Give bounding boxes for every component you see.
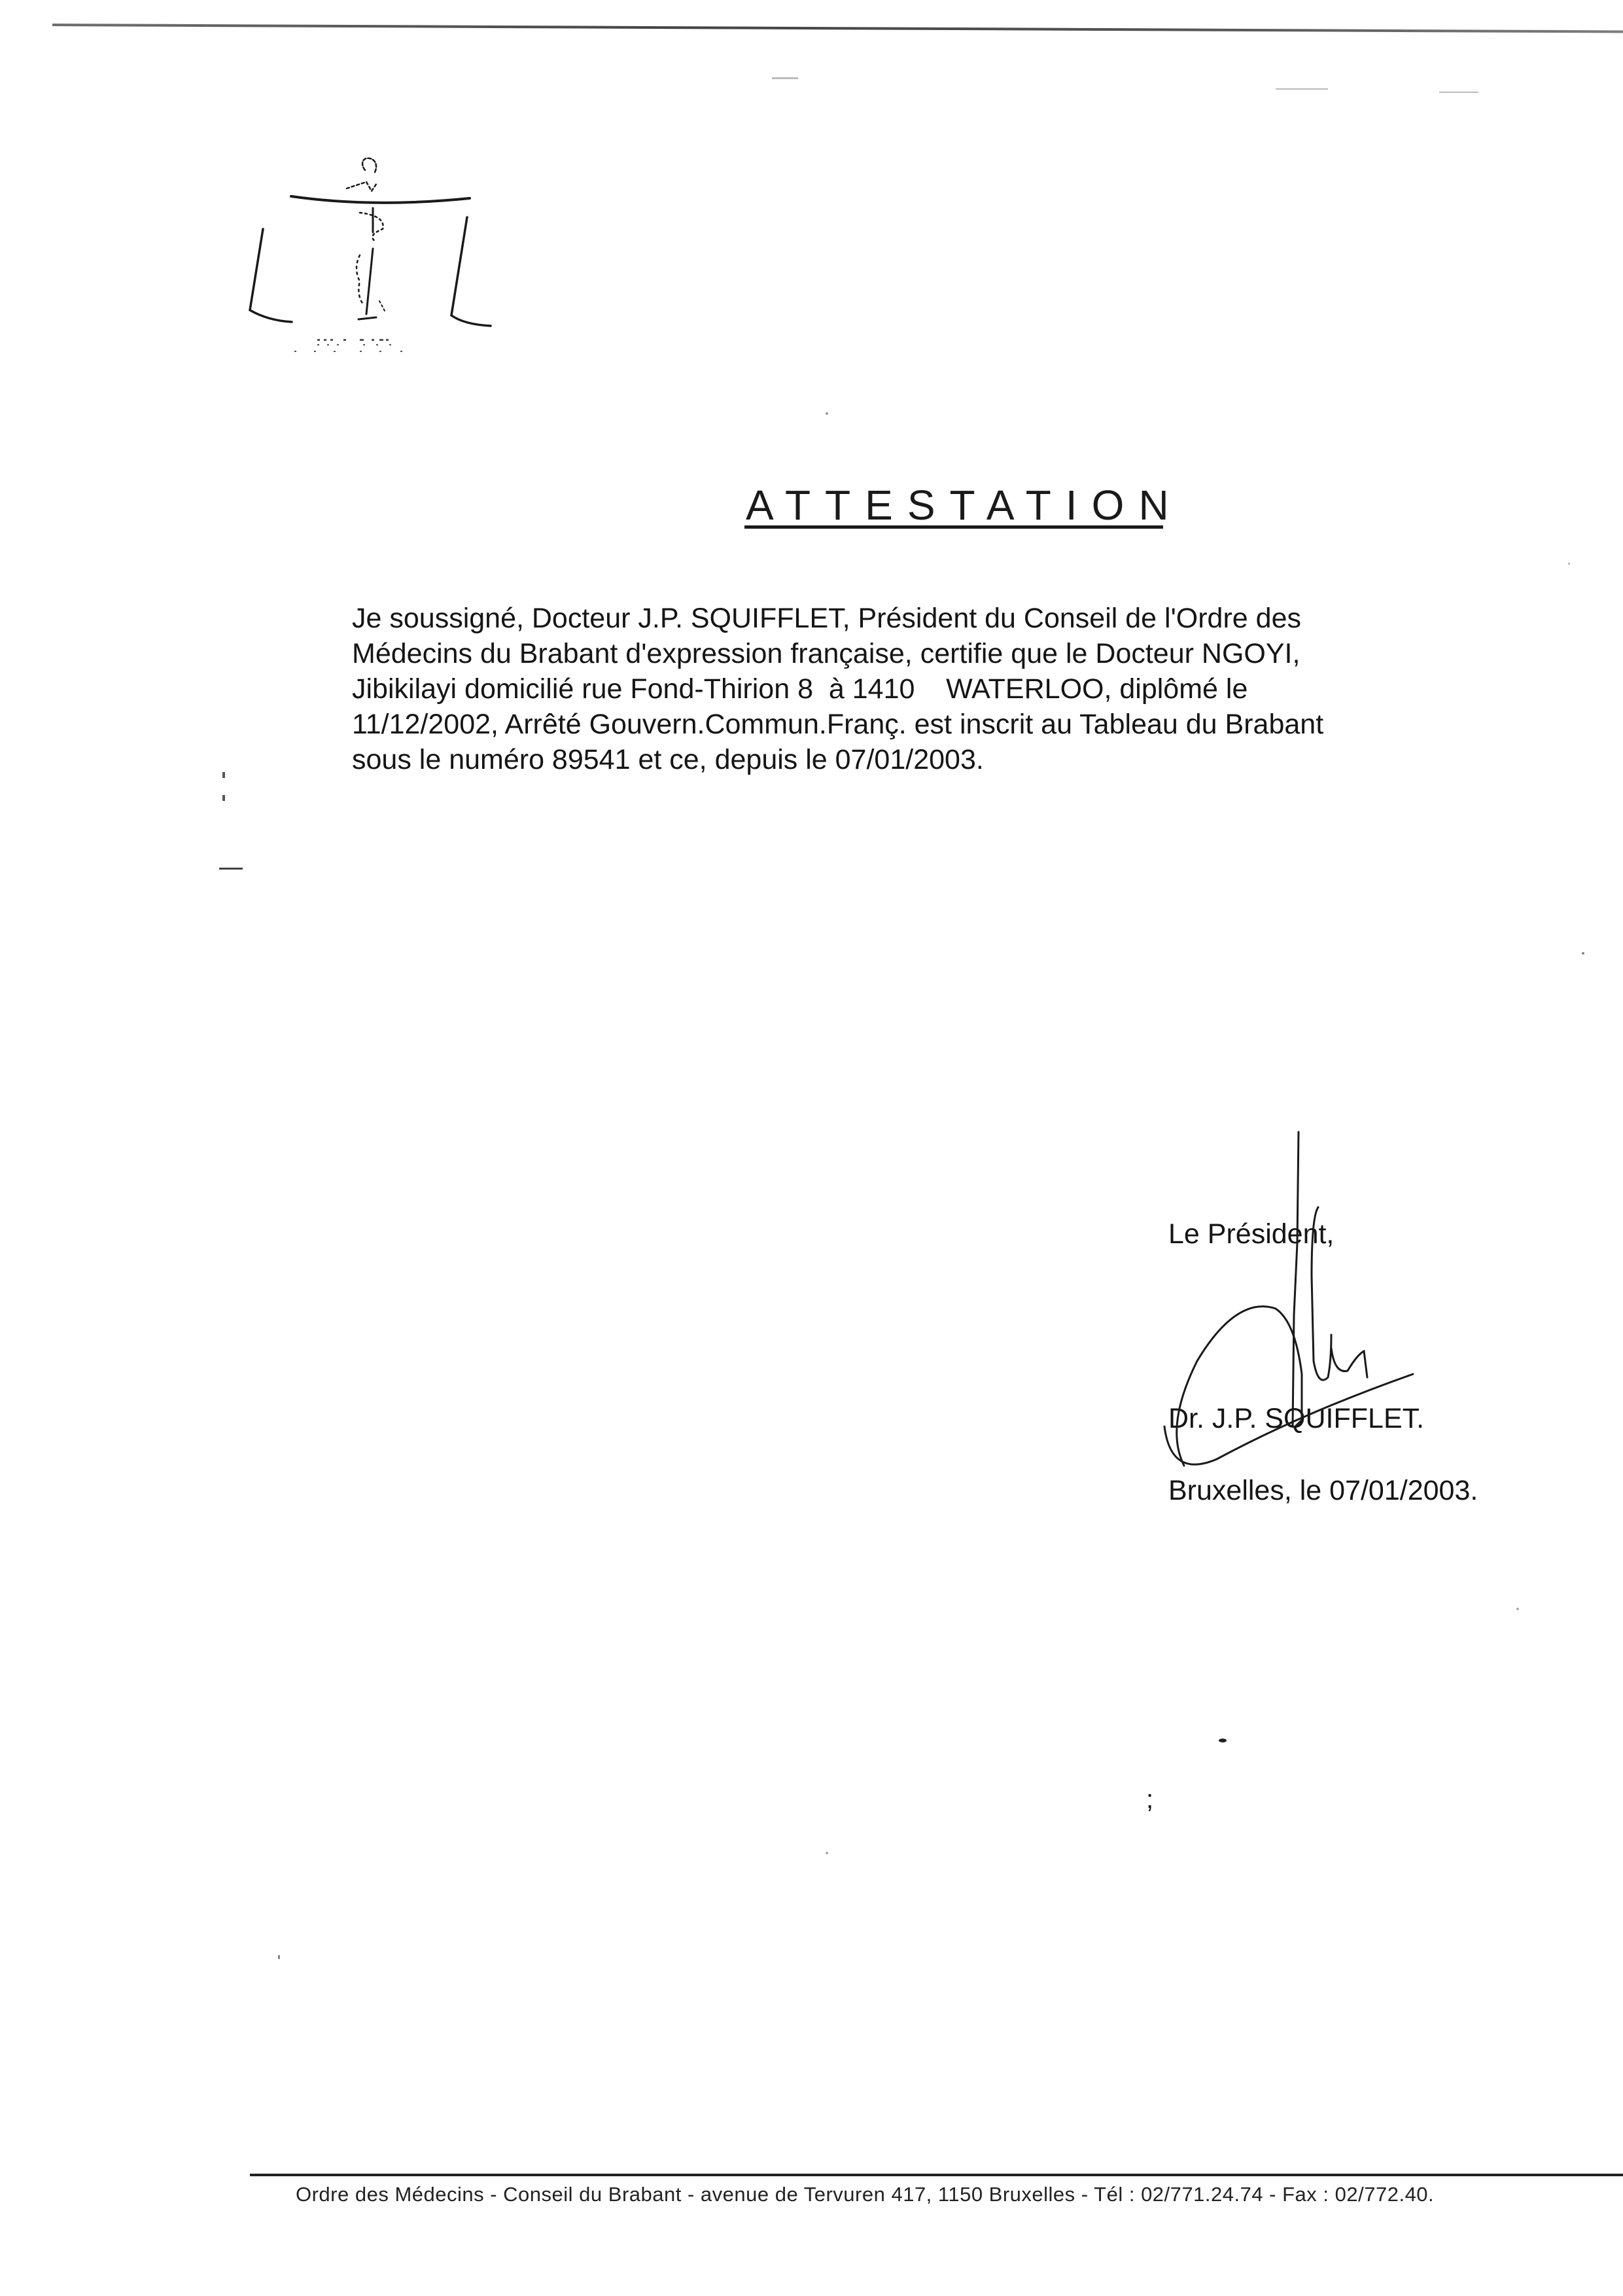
margin-mark bbox=[278, 1955, 280, 1959]
title-underline bbox=[744, 525, 1163, 529]
signature-scrawl-icon bbox=[1138, 1112, 1452, 1479]
stray-mark: ; bbox=[1146, 1785, 1153, 1814]
scan-speck bbox=[772, 77, 798, 79]
order-logo bbox=[229, 131, 523, 353]
place-and-date: Bruxelles, le 07/01/2003. bbox=[1168, 1475, 1478, 1507]
scan-speck bbox=[826, 1852, 828, 1854]
document-title: ATTESTATION bbox=[746, 481, 1183, 529]
footer-address: Ordre des Médecins - Conseil du Brabant … bbox=[296, 2183, 1434, 2206]
scan-speck bbox=[1568, 563, 1570, 565]
margin-mark bbox=[222, 772, 225, 778]
scan-speck bbox=[826, 412, 828, 415]
body-line: sous le numéro 89541 et ce, depuis le 07… bbox=[352, 742, 1503, 777]
scan-speck bbox=[1582, 952, 1584, 955]
attestation-body: Je soussigné, Docteur J.P. SQUIFFLET, Pr… bbox=[352, 601, 1503, 777]
footer-rule bbox=[250, 2174, 1623, 2176]
body-line: Je soussigné, Docteur J.P. SQUIFFLET, Pr… bbox=[352, 601, 1503, 636]
body-line: Médecins du Brabant d'expression françai… bbox=[352, 636, 1503, 671]
handwritten-signature bbox=[1138, 1112, 1452, 1479]
body-line: Jibikilayi domicilié rue Fond-Thirion 8 … bbox=[352, 671, 1503, 707]
scan-speck bbox=[1219, 1739, 1227, 1742]
body-line: 11/12/2002, Arrêté Gouvern.Commun.Franç.… bbox=[352, 707, 1503, 742]
caduceus-scales-emblem-icon bbox=[229, 131, 523, 353]
scan-speck bbox=[1276, 88, 1328, 90]
margin-mark bbox=[219, 868, 243, 870]
scan-speck bbox=[1516, 1608, 1519, 1610]
scan-edge-line bbox=[52, 24, 1623, 33]
margin-mark bbox=[222, 795, 225, 801]
scan-speck bbox=[1439, 92, 1478, 93]
